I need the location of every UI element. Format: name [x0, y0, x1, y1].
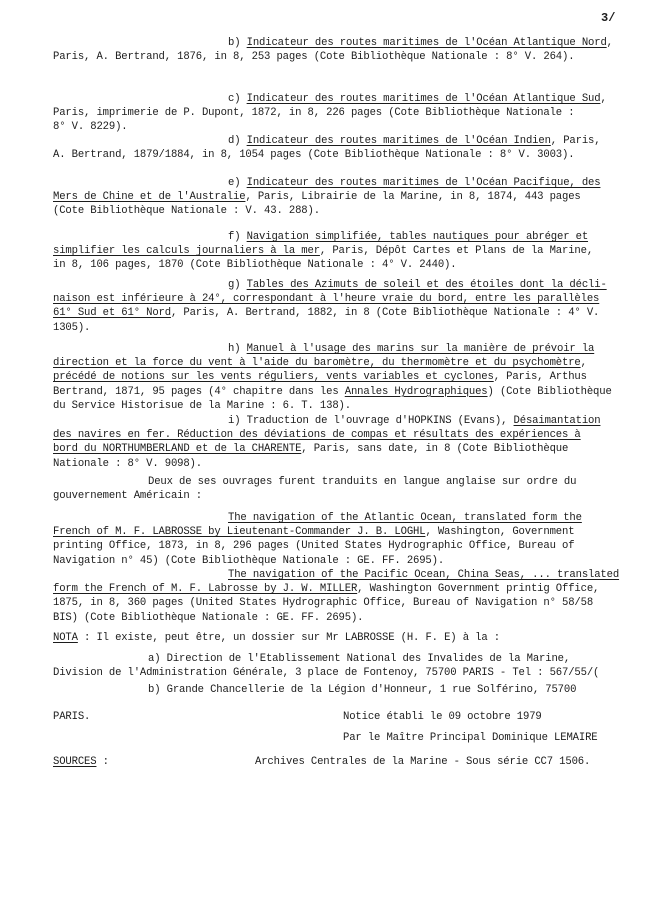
underlined-title: Annales Hydrographiques [345, 386, 488, 398]
entry-g-line: g) Tables des Azimuts de soleil et des é… [228, 278, 607, 292]
entry-f-line: simplifier les calculs journaliers à la … [53, 244, 593, 258]
text-run: f) [228, 231, 247, 243]
entry-c-line: c) Indicateur des routes maritimes de l'… [228, 92, 607, 106]
text-run: , Paris, sans date, in 8 (Cote Bibliothè… [301, 443, 568, 455]
nota-heading: NOTA : Il existe, peut être, un dossier … [53, 631, 500, 645]
text-run: , Washington Government printig Office, [357, 583, 599, 595]
text-run: (Cote Bibliothèque Nationale : V. 43. 28… [53, 205, 320, 217]
text-run: , Paris, A. Bertrand, 1882, in 8 (Cote B… [171, 307, 599, 319]
text-run: d) [228, 135, 247, 147]
text-run: in 8, 106 pages, 1870 (Cote Bibliothèque… [53, 259, 456, 271]
text-run: Bertrand, 1871, 95 pages (4° chapitre da… [53, 386, 345, 398]
entry-c-line: Paris, imprimerie de P. Dupont, 1872, in… [53, 106, 574, 120]
entry-h-line: h) Manuel à l'usage des marins sur la ma… [228, 342, 594, 356]
signature-date: Notice établi le 09 octobre 1979 [343, 710, 542, 724]
translations-intro-line: Deux de ses ouvrages furent tranduits en… [148, 475, 576, 489]
translation-1-line: Navigation n° 45) (Cote Bibliothèque Nat… [53, 554, 444, 568]
entry-b-line: Paris, A. Bertrand, 1876, in 8, 253 page… [53, 50, 574, 64]
text-run: , [581, 357, 587, 369]
underlined-title: bord du NORTHUMBERLAND et de la CHARENTE [53, 443, 301, 455]
text-run: 8° V. 8229). [53, 121, 128, 133]
nota-item-a-line: Division de l'Administration Générale, 3… [53, 666, 599, 680]
nota-item-b-line: PARIS. [53, 710, 90, 724]
text-run: g) [228, 279, 247, 291]
page-number: 3/ [601, 11, 615, 25]
entry-h-line: précédé de notions sur les vents régulie… [53, 370, 587, 384]
signature-author: Par le Maître Principal Dominique LEMAIR… [343, 731, 598, 745]
text-run: , Paris, Librairie de la Marine, in 8, 1… [245, 191, 580, 203]
underlined-title: 61° Sud et 61° Nord [53, 307, 171, 319]
text-run: PARIS. [53, 711, 90, 723]
entry-e-line: Mers de Chine et de l'Australie, Paris, … [53, 190, 581, 204]
document-page: 3/ b) Indicateur des routes maritimes de… [0, 0, 654, 906]
translation-1-line: French of M. F. LABROSSE by Lieutenant-C… [53, 525, 574, 539]
entry-h-line: direction et la force du vent à l'aide d… [53, 356, 587, 370]
text-run: gouvernement Américain : [53, 490, 202, 502]
translation-2-line: The navigation of the Pacific Ocean, Chi… [228, 568, 619, 582]
entry-g-line: 1305). [53, 321, 90, 335]
entry-b-line: b) Indicateur des routes maritimes de l'… [228, 36, 613, 50]
text-run: b) Grande Chancellerie de la Légion d'Ho… [148, 684, 576, 696]
text-run: Nationale : 8° V. 9098). [53, 458, 202, 470]
underlined-title: Indicateur des routes maritimes de l'Océ… [247, 177, 601, 189]
entry-h-line: du Service Historisue de la Marine : 6. … [53, 399, 351, 413]
entry-e-line: (Cote Bibliothèque Nationale : V. 43. 28… [53, 204, 320, 218]
underlined-title: Tables des Azimuts de soleil et des étoi… [247, 279, 607, 291]
text-run: i) Traduction de l'ouvrage d'HOPKINS (Ev… [228, 415, 514, 427]
text-run: h) [228, 343, 247, 355]
underlined-title: Mers de Chine et de l'Australie [53, 191, 245, 203]
underlined-title: form the French of M. F. Labrosse by J. … [53, 583, 357, 595]
underlined-title: naison est inférieure à 24°, corresponda… [53, 293, 599, 305]
translations-intro-line: gouvernement Américain : [53, 489, 202, 503]
text-run: 1875, in 8, 360 pages (United States Hyd… [53, 597, 593, 609]
nota-item-b-line: b) Grande Chancellerie de la Légion d'Ho… [148, 683, 576, 697]
entry-i-line: bord du NORTHUMBERLAND et de la CHARENTE… [53, 442, 568, 456]
text-run: b) [228, 37, 247, 49]
underlined-title: précédé de notions sur les vents régulie… [53, 371, 494, 383]
translation-1-line: printing Office, 1873, in 8, 296 pages (… [53, 539, 574, 553]
entry-f-line: in 8, 106 pages, 1870 (Cote Bibliothèque… [53, 258, 456, 272]
text-run: Paris, A. Bertrand, 1876, in 8, 253 page… [53, 51, 574, 63]
text-run: Deux de ses ouvrages furent tranduits en… [148, 476, 576, 488]
text-run: a) Direction de l'Etablissement National… [148, 653, 570, 665]
nota-item-a-line: a) Direction de l'Etablissement National… [148, 652, 570, 666]
translation-2-line: 1875, in 8, 360 pages (United States Hyd… [53, 596, 593, 610]
text-run: printing Office, 1873, in 8, 296 pages (… [53, 540, 574, 552]
text-run: e) [228, 177, 247, 189]
text-run: , [607, 37, 613, 49]
entry-g-line: naison est inférieure à 24°, corresponda… [53, 292, 599, 306]
text-run: BIS) (Cote Bibliothèque Nationale : GE. … [53, 612, 363, 624]
text-run: , Washington, Government [425, 526, 574, 538]
text-run: Division de l'Administration Générale, 3… [53, 667, 599, 679]
sources-text: Archives Centrales de la Marine - Sous s… [255, 755, 590, 769]
underlined-title: Indicateur des routes maritimes de l'Océ… [247, 37, 607, 49]
sources-label: SOURCES : [53, 755, 109, 769]
entry-i-line: i) Traduction de l'ouvrage d'HOPKINS (Ev… [228, 414, 600, 428]
underlined-title: French of M. F. LABROSSE by Lieutenant-C… [53, 526, 425, 538]
underlined-title: simplifier les calculs journaliers à la … [53, 245, 320, 257]
text-run: , [600, 93, 606, 105]
entry-e-line: e) Indicateur des routes maritimes de l'… [228, 176, 600, 190]
underlined-title: des navires en fer. Réduction des déviat… [53, 429, 581, 441]
text-run: A. Bertrand, 1879/1884, in 8, 1054 pages… [53, 149, 574, 161]
text-run: Paris, imprimerie de P. Dupont, 1872, in… [53, 107, 574, 119]
text-run: ) (Cote Bibliothèque [488, 386, 612, 398]
translation-1-line: The navigation of the Atlantic Ocean, tr… [228, 511, 582, 525]
entry-h-line: Bertrand, 1871, 95 pages (4° chapitre da… [53, 385, 612, 399]
underlined-title: The navigation of the Atlantic Ocean, tr… [228, 512, 582, 524]
entry-d-line: A. Bertrand, 1879/1884, in 8, 1054 pages… [53, 148, 574, 162]
text-run: , Paris, [551, 135, 601, 147]
entry-c-line: 8° V. 8229). [53, 120, 128, 134]
translation-2-line: BIS) (Cote Bibliothèque Nationale : GE. … [53, 611, 363, 625]
underlined-title: Désaimantation [514, 415, 601, 427]
text-run: Navigation n° 45) (Cote Bibliothèque Nat… [53, 555, 444, 567]
entry-i-line: des navires en fer. Réduction des déviat… [53, 428, 581, 442]
text-run: , Paris, Arthus [494, 371, 587, 383]
text-run: du Service Historisue de la Marine : 6. … [53, 400, 351, 412]
text-run: , Paris, Dépôt Cartes et Plans de la Mar… [320, 245, 593, 257]
underlined-title: Indicateur des routes maritimes de l'Océ… [247, 93, 601, 105]
underlined-title: Indicateur des routes maritimes de l'Océ… [247, 135, 551, 147]
underlined-title: The navigation of the Pacific Ocean, Chi… [228, 569, 619, 581]
text-run: 1305). [53, 322, 90, 334]
entry-g-line: 61° Sud et 61° Nord, Paris, A. Bertrand,… [53, 306, 599, 320]
entry-f-line: f) Navigation simplifiée, tables nautiqu… [228, 230, 588, 244]
translation-2-line: form the French of M. F. Labrosse by J. … [53, 582, 599, 596]
entry-d-line: d) Indicateur des routes maritimes de l'… [228, 134, 600, 148]
underlined-title: direction et la force du vent à l'aide d… [53, 357, 581, 369]
underlined-title: Navigation simplifiée, tables nautiques … [247, 231, 588, 243]
underlined-title: Manuel à l'usage des marins sur la maniè… [247, 343, 595, 355]
entry-i-line: Nationale : 8° V. 9098). [53, 457, 202, 471]
text-run: c) [228, 93, 247, 105]
